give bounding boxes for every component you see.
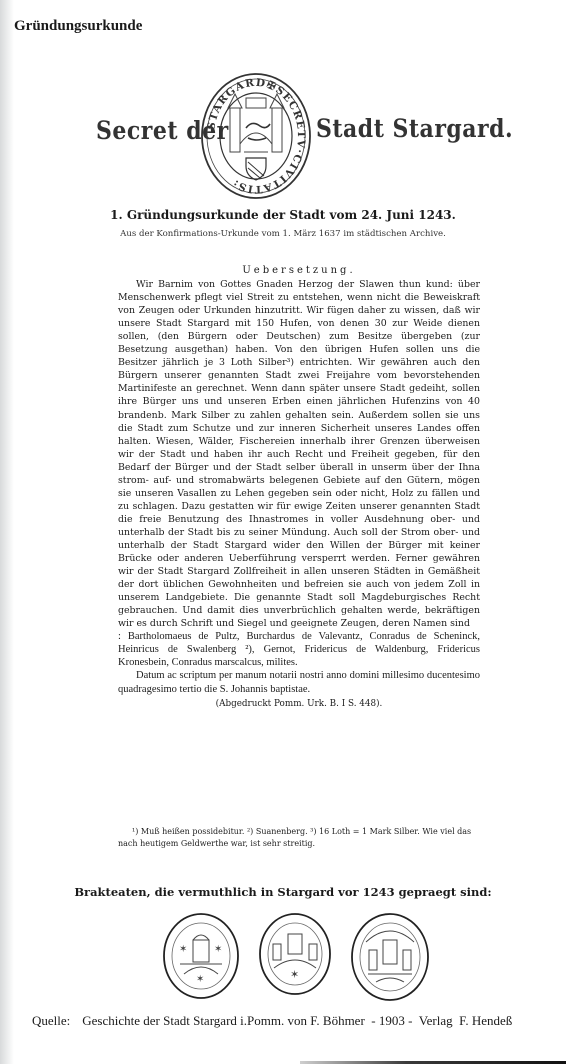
paragraph-main: Wir Barnim von Gottes Gnaden Herzog der … [118, 278, 480, 630]
seal-caption-right: Stadt Stargard. [316, 114, 513, 144]
source-text: Geschichte der Stadt Stargard i.Pomm. vo… [82, 1013, 512, 1028]
bracteate-coin-1-icon: ✶ ✶ ✶ [162, 912, 240, 1000]
document-body: Uebersetzung. Wir Barnim von Gottes Gnad… [118, 264, 480, 711]
footnotes: ¹) Muß heißen possidebitur. ²) Suanenber… [118, 826, 480, 850]
citation: (Abgedruckt Pomm. Urk. B. I S. 448). [118, 698, 480, 711]
document-title: 1. Gründungsurkunde der Stadt vom 24. Ju… [0, 208, 566, 222]
bracteate-coin-3-icon [350, 912, 430, 1002]
source-label: Quelle: [32, 1013, 70, 1028]
paragraph-witnesses: : Bartholomaeus de Pultz, Burchardus de … [118, 630, 480, 669]
paragraph-datum: Datum ac scriptum per manum notarii nost… [118, 669, 480, 695]
footnote-text: ¹) Muß heißen possidebitur. ²) Suanenber… [118, 826, 480, 850]
bracteate-coin-2-icon: ✶ [258, 912, 332, 996]
bracteates-title: Brakteaten, die vermuthlich in Stargard … [0, 885, 566, 899]
source-citation: Quelle:Geschichte der Stadt Stargard i.P… [32, 1013, 512, 1029]
seal-banner: Secret der STARGARD✠SECRETV·CIVITATIS: S… [0, 72, 566, 202]
city-seal-icon: STARGARD✠SECRETV·CIVITATIS: [200, 72, 312, 200]
page-header-title: Gründungsurkunde [14, 18, 142, 35]
svg-text:✶: ✶ [179, 944, 187, 955]
bracteates-images: ✶ ✶ ✶ ✶ [150, 912, 440, 1002]
svg-text:✶: ✶ [214, 944, 222, 955]
svg-text:✶: ✶ [196, 974, 204, 985]
svg-text:✶: ✶ [290, 968, 299, 981]
document-subtitle: Aus der Konfirmations-Urkunde vom 1. Mär… [0, 229, 566, 239]
section-heading: Uebersetzung. [118, 264, 480, 277]
